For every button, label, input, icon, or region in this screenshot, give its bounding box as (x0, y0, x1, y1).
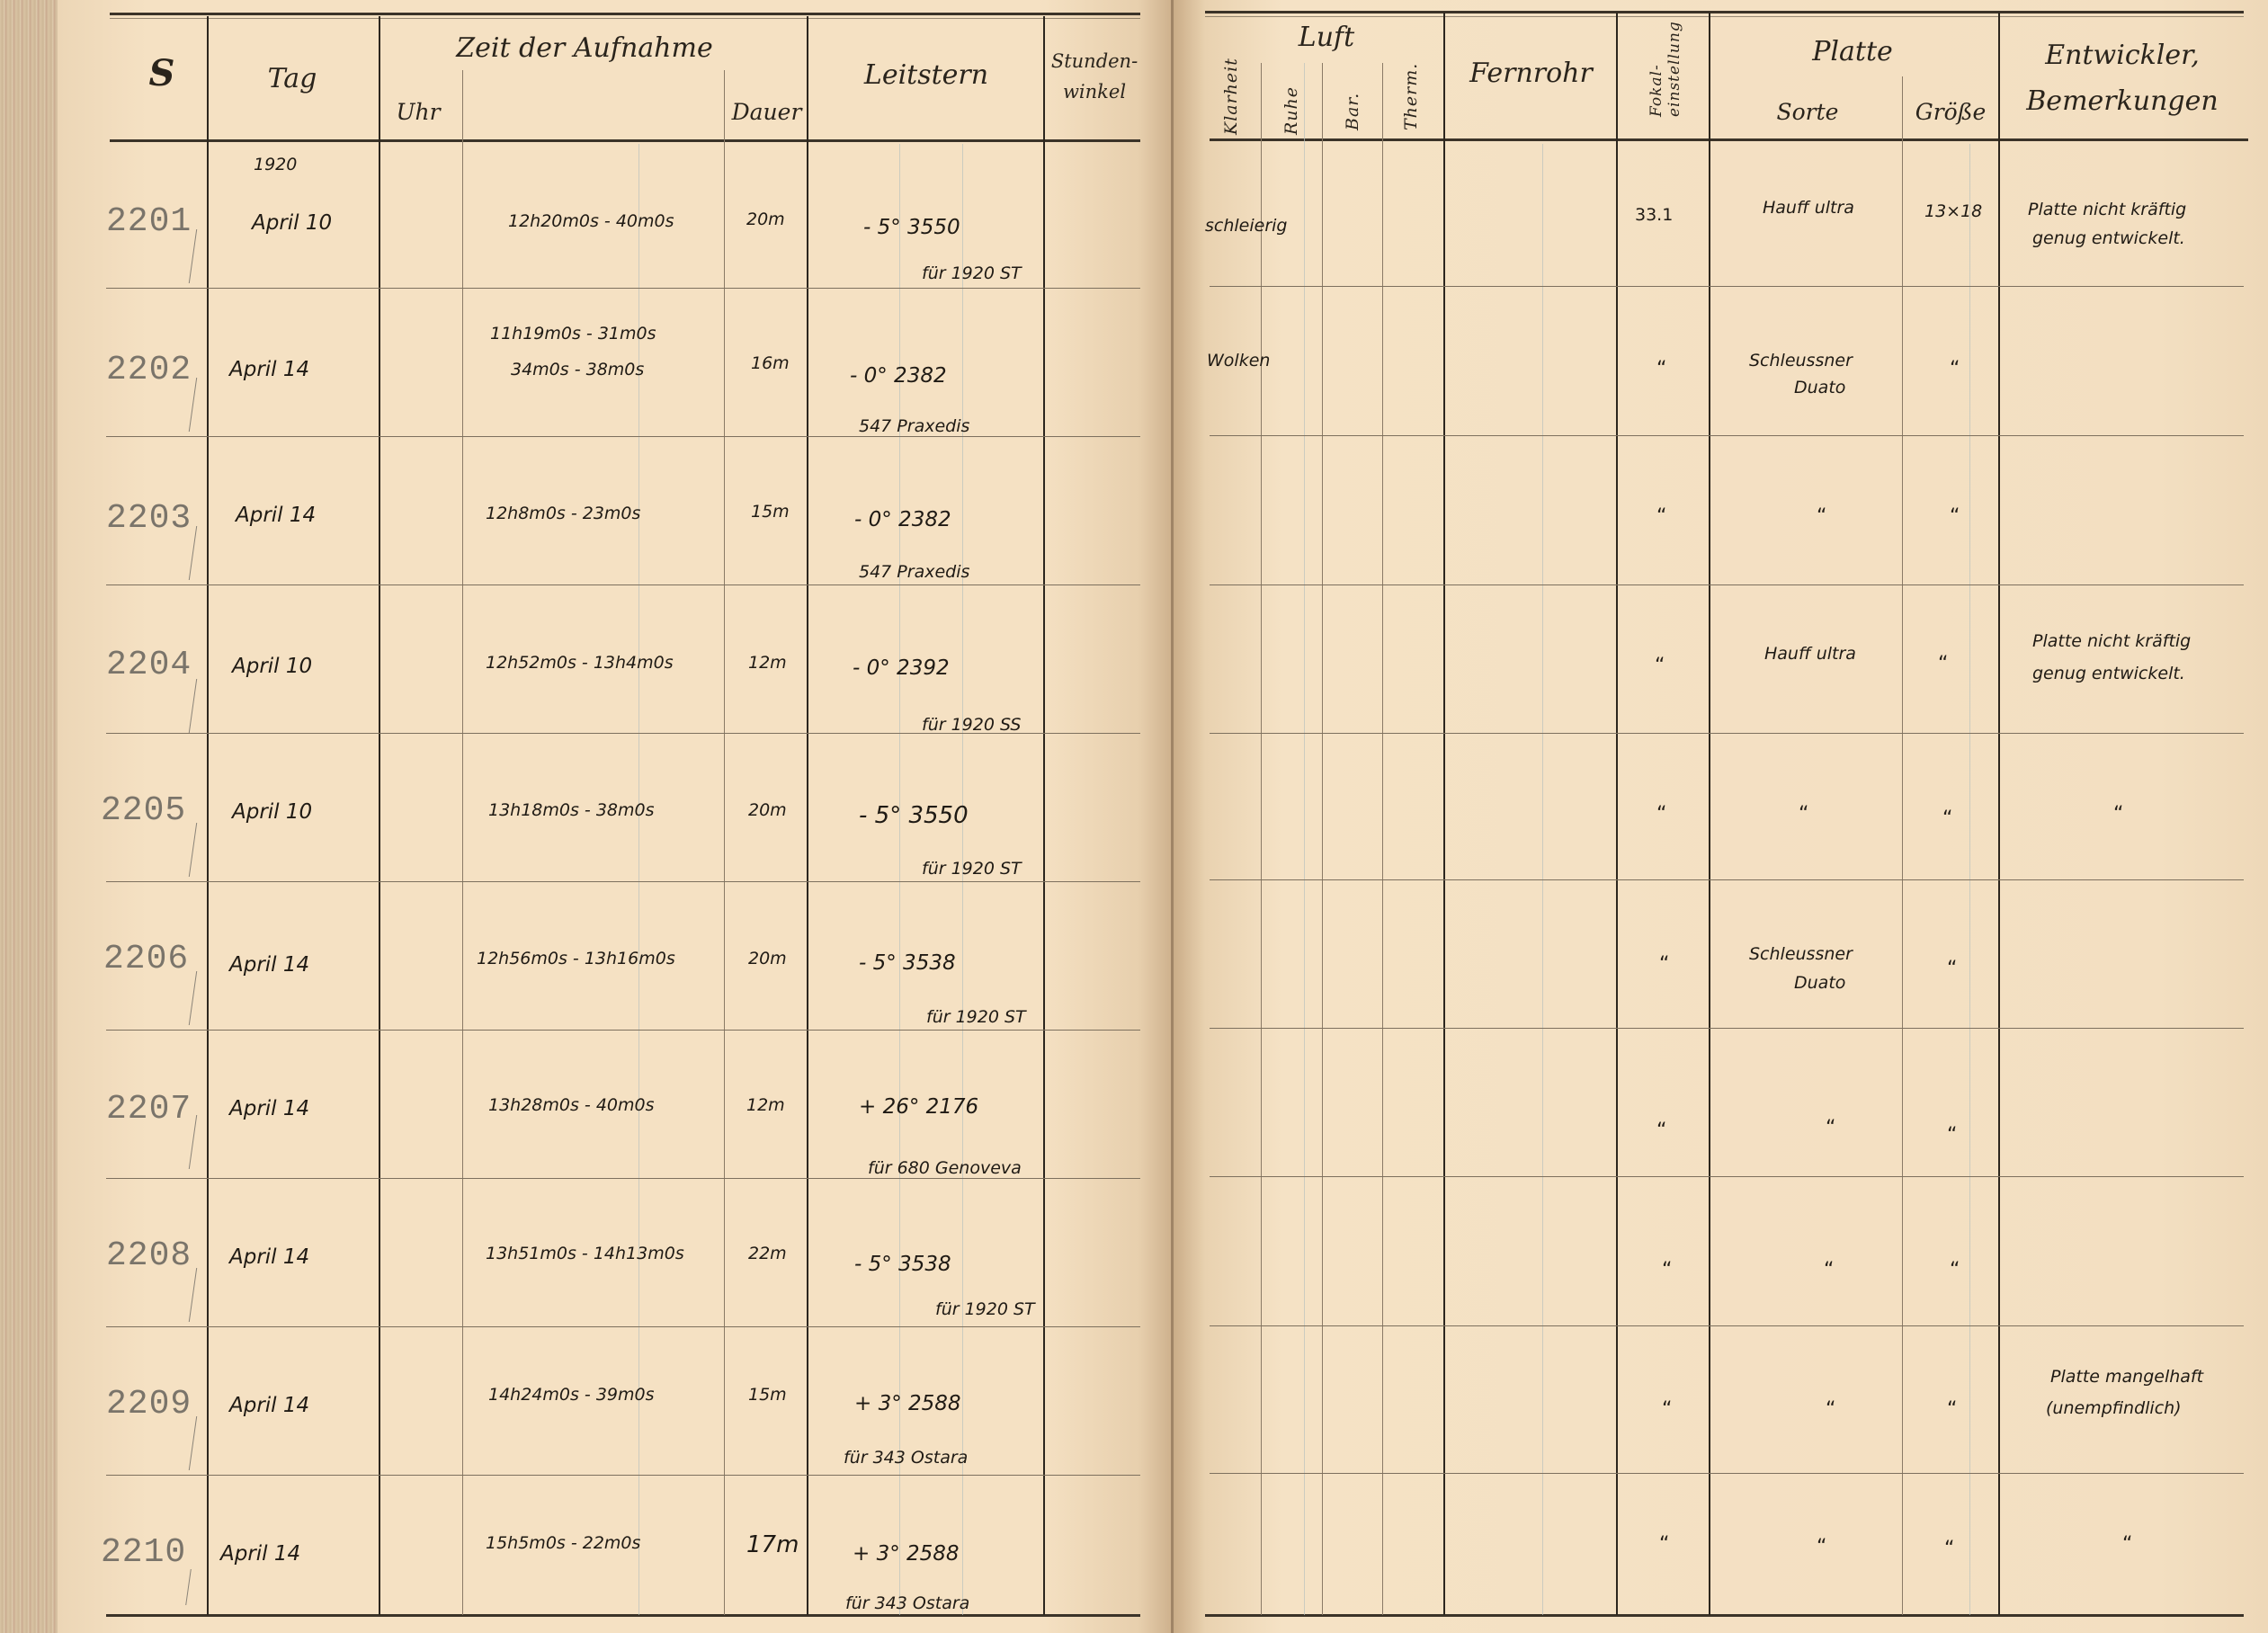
ditto-mark: “ (1950, 1259, 1960, 1281)
plate-number: 2208 (106, 1236, 192, 1275)
remarks-line: (unempfindlich) (2046, 1398, 2182, 1418)
col-line-tag-zeit (379, 16, 380, 1615)
ditto-mark: “ (1824, 1259, 1834, 1281)
plate-type-cell: Duato (1794, 378, 1845, 397)
guide-star-cell: - 5° 3538 (859, 951, 956, 975)
plate-number: 2201 (106, 202, 192, 241)
header-rule-right (1210, 138, 2248, 141)
col-line-s-tag (207, 16, 209, 1615)
header-bemerkungen: Bemerkungen (2001, 85, 2244, 118)
remarks-line: genug entwickelt. (2032, 664, 2185, 683)
remarks-line: Platte nicht kräftig (2028, 200, 2186, 219)
ditto-mark: “ (2122, 1533, 2132, 1556)
ditto-mark: “ (1950, 505, 1960, 528)
date-cell: April 14 (229, 953, 309, 977)
header-therm: Therm. (1401, 63, 1421, 130)
plate-type-cell: Schleussner (1749, 944, 1853, 964)
duration-cell: 20m (746, 210, 785, 229)
time-cell: 12h8m0s - 23m0s (486, 504, 640, 523)
ditto-mark: “ (1942, 808, 1952, 830)
duration-cell: 20m (748, 800, 787, 820)
plate-size-cell: 13×18 (1924, 201, 1982, 221)
row-divider (1210, 879, 2244, 880)
book-spine (1171, 0, 1174, 1633)
time-cell: 11h19m0s - 31m0s (490, 324, 656, 344)
ditto-mark: “ (1656, 358, 1666, 380)
row-divider (106, 1030, 1140, 1031)
ditto-mark: “ (1655, 655, 1665, 677)
ditto-mark: “ (1826, 1398, 1835, 1421)
date-cell: April 10 (252, 211, 332, 235)
date-cell: April 14 (229, 1245, 309, 1269)
date-cell: April 14 (229, 1097, 309, 1120)
ditto-mark: “ (1947, 1398, 1957, 1421)
ditto-mark: “ (1947, 1124, 1957, 1147)
row-divider (1210, 1473, 2244, 1474)
year-label: 1920 (254, 155, 297, 174)
header-stundenwinkel-1: Stunden- (1045, 50, 1144, 73)
guide-star-cell: - 5° 3550 (859, 802, 969, 829)
header-fokal-2: einstellung (1665, 36, 1683, 117)
guide-star-note: für 1920 ST (935, 1299, 1035, 1319)
header-leitstern: Leitstern (845, 59, 1007, 92)
plate-number: 2206 (103, 940, 189, 978)
plate-number: 2207 (106, 1090, 192, 1129)
header-platte: Platte (1763, 36, 1942, 68)
plate-number: 2209 (106, 1385, 192, 1423)
time-cell: 13h28m0s - 40m0s (488, 1095, 655, 1115)
clarity-cell: Wolken (1207, 351, 1270, 370)
row-divider (106, 584, 1140, 585)
plate-number: 2202 (106, 351, 192, 389)
col-line-klarheit-ruhe (1261, 63, 1262, 1615)
time-cell: 12h52m0s - 13h4m0s (486, 653, 674, 673)
ditto-mark: “ (1656, 1120, 1666, 1142)
book-fore-edge (0, 0, 58, 1633)
col-line-platte-entwickler (1998, 13, 2000, 1615)
guide-star-cell: + 3° 2588 (854, 1392, 961, 1415)
guide-line (962, 144, 963, 1615)
clarity-cell: schleierig (1205, 216, 1287, 236)
guide-star-note: 547 Praxedis (859, 416, 969, 436)
header-luft: Luft (1286, 22, 1367, 54)
plate-type-cell: Schleussner (1749, 351, 1853, 370)
header-bar: Bar. (1343, 90, 1362, 130)
duration-cell: 16m (751, 353, 790, 373)
header-fernrohr: Fernrohr (1448, 58, 1614, 90)
col-line-ruhe-bar (1322, 63, 1323, 1615)
row-divider (1210, 435, 2244, 436)
guide-line (1304, 63, 1305, 1615)
col-line-zeit-dauer (724, 70, 725, 1615)
top-rule-right (1205, 11, 2244, 13)
header-ruhe: Ruhe (1281, 85, 1301, 135)
guide-star-cell: - 0° 2382 (850, 364, 947, 388)
header-entwickler: Entwickler, (2001, 40, 2244, 72)
ditto-mark: “ (1817, 505, 1826, 528)
plate-number: 2210 (101, 1533, 186, 1572)
header-zeit-der-aufnahme: Zeit der Aufnahme (432, 32, 737, 65)
ditto-mark: “ (1662, 1398, 1672, 1421)
guide-star-cell: + 3° 2588 (853, 1542, 960, 1566)
col-line-therm-fernrohr (1443, 13, 1445, 1615)
guide-star-cell: + 26° 2176 (859, 1095, 978, 1119)
guide-star-note: für 1920 ST (926, 1007, 1026, 1027)
row-divider (1210, 584, 2244, 585)
logbook-spread: S Tag Zeit der Aufnahme Uhr Dauer Leitst… (0, 0, 2268, 1633)
guide-star-note: für 1920 ST (922, 263, 1022, 283)
row-divider (106, 288, 1140, 289)
time-cell: 12h56m0s - 13h16m0s (477, 949, 675, 968)
ditto-mark: “ (2113, 803, 2123, 825)
top-rule-right-thin (1205, 16, 2244, 17)
guide-star-note: für 680 Genoveva (868, 1158, 1022, 1178)
ditto-mark: “ (1656, 803, 1666, 825)
header-sorte: Sorte (1745, 99, 1871, 126)
ditto-mark: “ (1799, 803, 1808, 825)
row-divider (1210, 1028, 2244, 1029)
col-line-bar-therm (1382, 63, 1383, 1615)
row-divider (106, 1475, 1140, 1476)
header-rule-left (110, 139, 1140, 142)
guide-star-cell: - 0° 2392 (853, 656, 950, 680)
col-line-fernrohr-fokal (1616, 13, 1618, 1615)
header-uhr: Uhr (382, 99, 454, 126)
row-divider (106, 1178, 1140, 1179)
bottom-rule-right (1205, 1614, 2244, 1617)
date-cell: April 14 (229, 1394, 309, 1417)
plate-number: 2205 (101, 791, 186, 830)
row-divider (1210, 1325, 2244, 1326)
time-cell: 15h5m0s - 22m0s (486, 1533, 640, 1553)
header-s: S (135, 52, 189, 95)
date-cell: April 10 (232, 655, 312, 678)
ditto-mark: “ (1656, 505, 1666, 528)
time-cell: 12h20m0s - 40m0s (508, 211, 674, 231)
guide-star-note: für 343 Ostara (844, 1448, 968, 1468)
plate-type-cell: Duato (1794, 973, 1845, 993)
plate-number: 2203 (106, 499, 192, 538)
duration-cell: 12m (748, 653, 787, 673)
ditto-mark: “ (1938, 653, 1948, 675)
ditto-mark: “ (1659, 953, 1669, 976)
guide-star-cell: - 5° 3538 (854, 1253, 951, 1276)
plate-type-cell: Hauff ultra (1763, 198, 1854, 218)
time-cell: 13h51m0s - 14h13m0s (486, 1244, 684, 1263)
col-line-dauer-leitstern (807, 16, 808, 1615)
focus-cell: 33.1 (1635, 205, 1673, 225)
ditto-mark: “ (1950, 358, 1960, 380)
remarks-line: Platte nicht kräftig (2032, 631, 2191, 651)
guide-star-note: 547 Praxedis (859, 562, 969, 582)
duration-cell: 20m (748, 949, 787, 968)
row-divider (1210, 1176, 2244, 1177)
ditto-mark: “ (1817, 1536, 1826, 1558)
col-line-fokal-platte (1709, 13, 1710, 1615)
plate-type-cell: Hauff ultra (1764, 644, 1856, 664)
time-cell: 34m0s - 38m0s (511, 360, 644, 379)
duration-cell: 17m (746, 1531, 799, 1558)
duration-cell: 15m (751, 502, 790, 522)
ditto-mark: “ (1662, 1259, 1672, 1281)
duration-cell: 12m (746, 1095, 785, 1115)
header-tag: Tag (252, 63, 333, 95)
remarks-line: genug entwickelt. (2032, 228, 2185, 248)
header-dauer: Dauer (728, 99, 805, 126)
plate-number: 2204 (106, 646, 192, 684)
ditto-mark: “ (1947, 958, 1957, 980)
col-line-uhr (462, 70, 463, 1615)
col-line-sorte-groesse (1902, 76, 1903, 1615)
row-divider (106, 881, 1140, 882)
header-fokal-1: Fokal- (1647, 36, 1665, 117)
ditto-mark: “ (1944, 1538, 1954, 1560)
date-cell: April 14 (236, 504, 316, 527)
guide-star-note: für 343 Ostara (845, 1593, 969, 1613)
date-cell: April 14 (229, 358, 309, 381)
ditto-mark: “ (1659, 1533, 1669, 1556)
ditto-mark: “ (1826, 1117, 1835, 1139)
header-stundenwinkel-2: winkel (1045, 81, 1144, 103)
date-cell: April 14 (220, 1542, 300, 1566)
time-cell: 13h18m0s - 38m0s (488, 800, 655, 820)
remarks-line: Platte mangelhaft (2050, 1367, 2203, 1387)
guide-star-note: für 1920 ST (922, 859, 1022, 879)
col-line-leitstern-stundenwinkel (1043, 16, 1045, 1615)
duration-cell: 15m (748, 1385, 787, 1405)
header-groesse: Größe (1905, 99, 1996, 126)
guide-star-note: für 1920 SS (922, 715, 1021, 735)
duration-cell: 22m (748, 1244, 787, 1263)
guide-star-cell: - 5° 3550 (863, 216, 960, 239)
row-divider (106, 436, 1140, 437)
time-cell: 14h24m0s - 39m0s (488, 1385, 655, 1405)
row-divider (106, 1326, 1140, 1327)
top-rule-left-thin (110, 18, 1140, 19)
top-rule-left (110, 13, 1140, 15)
date-cell: April 10 (232, 800, 312, 824)
guide-star-cell: - 0° 2382 (854, 508, 951, 531)
row-divider (1210, 286, 2244, 287)
header-klarheit: Klarheit (1221, 54, 1241, 135)
bottom-rule-left (106, 1614, 1140, 1617)
row-divider (1210, 733, 2244, 734)
